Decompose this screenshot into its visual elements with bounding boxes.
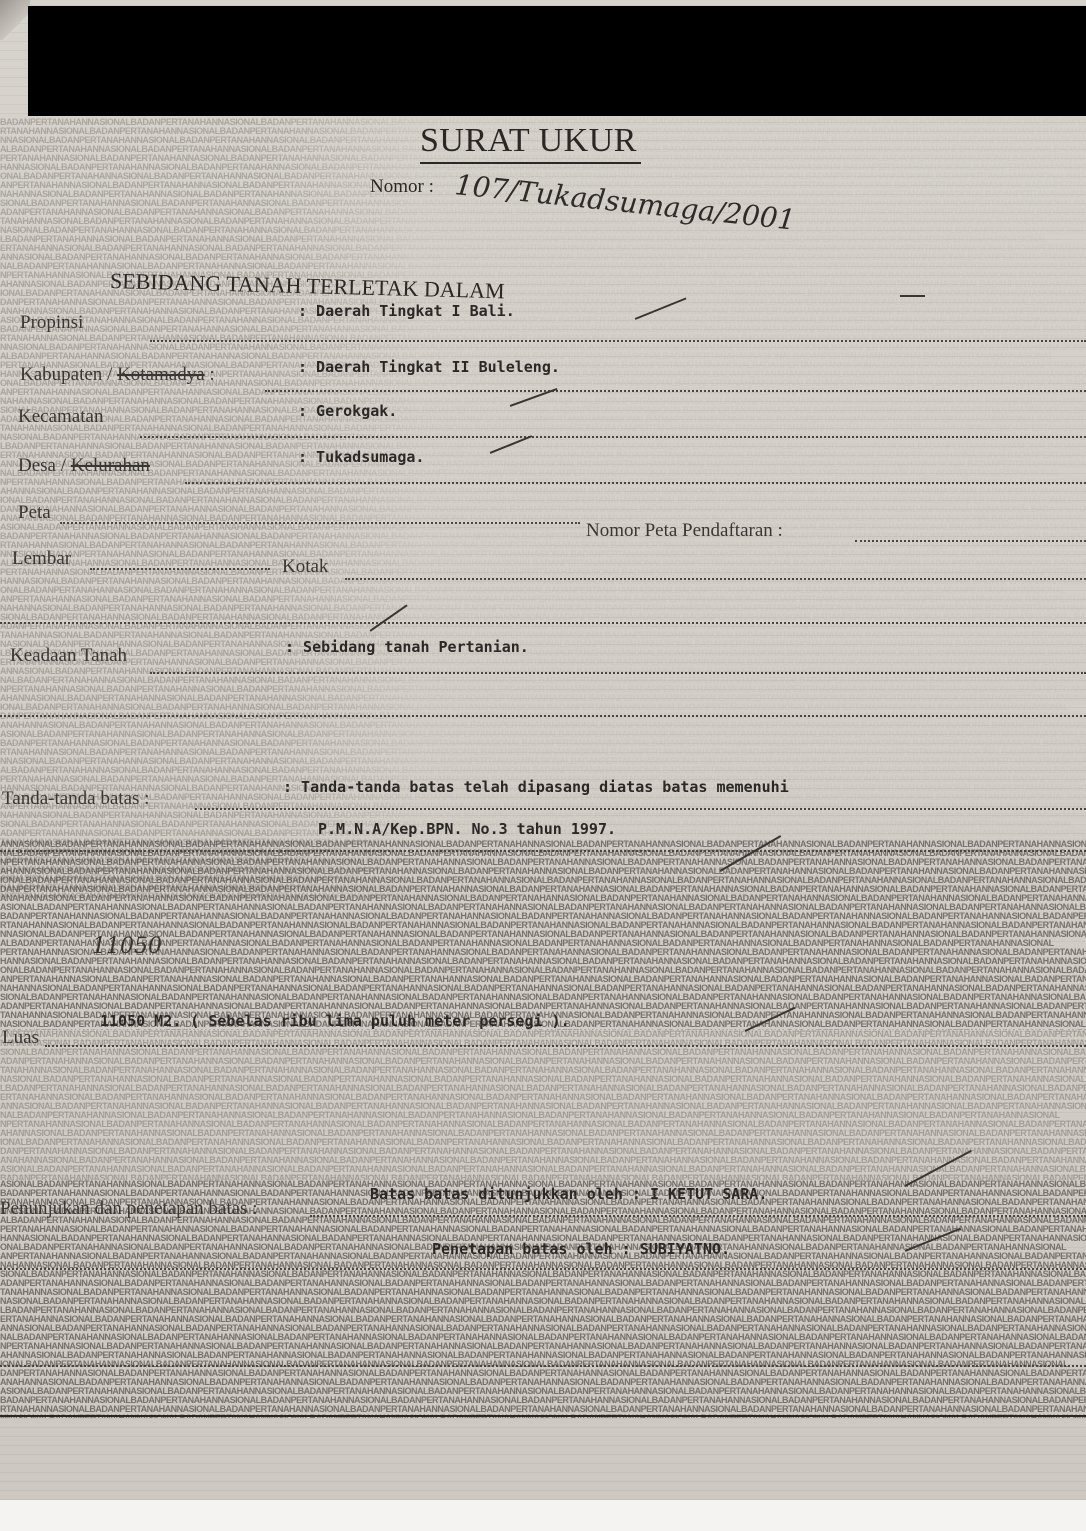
kotamadya-struck-text: Kotamadya: [117, 364, 205, 385]
watermark-band-middle: ANNASIONALBADANPERTANAHANNASIONALBADANPE…: [0, 840, 1086, 1030]
batas-ditunjukkan-value: Batas batas ditunjukkan oleh : I KETUT S…: [370, 1185, 767, 1203]
dotted-line: [185, 482, 1086, 484]
kotak-label: Kotak: [282, 556, 328, 578]
dotted-line: [0, 622, 1086, 624]
dotted-line: [90, 568, 270, 570]
dotted-line: [150, 672, 1086, 674]
luas-value: 11050 M2. ( Sebelas ribu lima puluh mete…: [100, 1012, 570, 1030]
tanda-batas-value-line1: : Tanda-tanda batas telah dipasang diata…: [283, 778, 789, 796]
keadaan-tanah-label: Keadaan Tanah: [10, 645, 127, 667]
kecamatan-label: Kecamatan: [18, 406, 103, 428]
dotted-line: [195, 808, 1086, 810]
dotted-line: [0, 715, 1086, 717]
propinsi-value: : Daerah Tingkat I Bali.: [298, 302, 515, 320]
lembar-label: Lembar: [12, 548, 71, 570]
dotted-line: [265, 390, 1086, 392]
peta-label: Peta: [18, 502, 51, 524]
penunjukan-label: Penunjukan dan penetapan batas :: [0, 1198, 257, 1220]
dotted-line: [0, 1365, 1086, 1367]
bottom-rule: [0, 1415, 1086, 1417]
propinsi-label: Propinsi: [20, 312, 83, 334]
document-title: SURAT UKUR: [420, 122, 641, 164]
luas-label: Luas: [2, 1027, 39, 1049]
tanda-batas-value-line2: P.M.N.A/Kep.BPN. No.3 tahun 1997.: [318, 820, 616, 838]
page-bottom-margin: [0, 1500, 1086, 1531]
nomor-peta-label: Nomor Peta Pendaftaran :: [586, 520, 783, 542]
penetapan-batas-value: Penetapan batas oleh : SUBIYATNO.: [432, 1240, 730, 1258]
kabupaten-value: : Daerah Tingkat II Buleleng.: [298, 358, 560, 376]
keadaan-tanah-value: : Sebidang tanah Pertanian.: [285, 638, 529, 656]
luas-handwritten: 11050: [92, 934, 162, 959]
paper-corner: [0, 0, 30, 40]
kabupaten-label-text: Kabupaten /: [20, 364, 117, 385]
redaction-bar: [28, 6, 1086, 116]
dotted-line: [60, 522, 580, 524]
tanda-batas-label: Tanda-tanda batas :: [2, 788, 149, 810]
pen-tick-mark: [900, 295, 925, 297]
dotted-line: [150, 340, 1086, 342]
kabupaten-label: Kabupaten / Kotamadya :: [20, 364, 215, 386]
nomor-label: Nomor :: [370, 176, 434, 198]
dotted-line: [45, 1045, 1086, 1047]
kecamatan-value: : Gerokgak.: [298, 402, 397, 420]
dotted-line: [140, 436, 1086, 438]
kabupaten-colon: :: [205, 364, 215, 385]
dotted-line: [345, 578, 1086, 580]
desa-label-text: Desa /: [18, 455, 71, 476]
watermark-band-lower: ANPERTANAHANNASIONALBADANPERTANAHANNASIO…: [0, 1030, 1086, 1180]
desa-label: Desa / Kelurahan: [18, 455, 150, 477]
dotted-line: [310, 1215, 1086, 1217]
kelurahan-struck-text: Kelurahan: [71, 455, 150, 476]
dotted-line: [0, 850, 1086, 852]
desa-value: : Tukadsumaga.: [298, 448, 424, 466]
dotted-line: [855, 540, 1086, 542]
dotted-line: [0, 1268, 1086, 1270]
